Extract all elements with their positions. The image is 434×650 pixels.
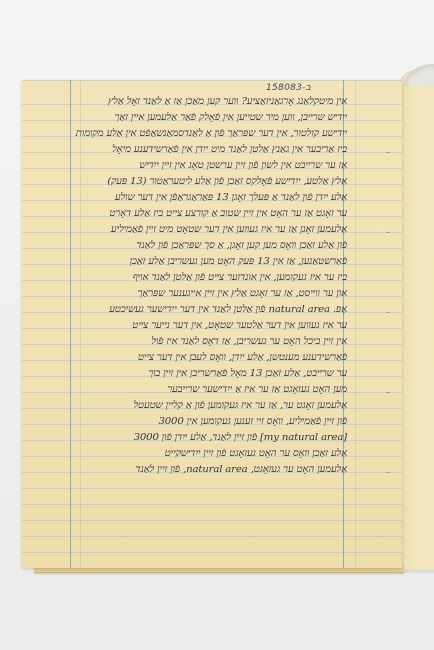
text-line: פֿאַרשטאַנען, אַז אין 13 פּעק האָט מען ג… <box>69 254 347 269</box>
manuscript-page: 158083-ב אין מיטקלאַנג אָרגאַניזאַציע? ו… <box>22 80 402 568</box>
next-page-edge <box>398 70 434 570</box>
text-line: ביז ער איז געקומען, אין אונדזער צייט פֿו… <box>69 270 347 285</box>
text-line: אין מיטקלאַנג אָרגאַניזאַציע? ווער קען מ… <box>69 94 347 109</box>
text-line: אין זיין ביכל האָט ער געשריבן, אַז דאָס … <box>69 334 347 349</box>
text-line: אַז ער שרייבט אין לשון פֿון זיין ערשטן ט… <box>69 158 347 173</box>
text-line: אַלעמען זאָגן אַז ער איז געווען אין דער … <box>69 222 347 237</box>
text-line: ביז אַריבער אין גאַנץ אַלטן לאַנד מיט יי… <box>69 142 347 157</box>
text-line: פֿון זיין פֿאַמיליע, וואָס זיי זענען געק… <box>69 414 347 429</box>
text-line: און ער ווייסט, אַז ער זאָגט אַלץ אין זיי… <box>69 286 347 301</box>
text-line: פֿאַרשידענע מענטשן, אַלע ייִדן, וואָס לע… <box>69 350 347 365</box>
text-line: אַלעמען זאָגט ער, אַז ער איז געקומען פֿו… <box>69 398 347 413</box>
text-line: אַלע זאַכן וואָס ער האָט געזאָגט פֿון זי… <box>69 446 347 461</box>
text-line: אַלץ אַלטע, ייִדישע פֿאָלקס זאַכן פֿון א… <box>69 174 347 189</box>
right-margin-guide <box>355 80 356 568</box>
margin-tick <box>386 472 390 473</box>
text-line: ער איז געווען אין דער אַלטער שטאָט, אין … <box>69 318 347 333</box>
text-line: ייִדיש שרייבן, ווען מיר שטייען אין פֿאָל… <box>69 110 347 125</box>
text-line: ער שרייבט, אַלע זאַכן 13 מאָל פֿאַרשריבן… <box>69 366 347 381</box>
catalog-number-annotation: 158083-ב <box>266 83 311 93</box>
margin-tick <box>386 312 390 313</box>
margin-tick <box>386 152 390 153</box>
margin-tick <box>386 232 390 233</box>
margin-tick <box>386 392 390 393</box>
text-line: [my natural area] פֿון זיין לאַנד, אַלע … <box>69 430 347 445</box>
text-line: פֿון אַלע זאַכן וואָס מען קען זאָגן, אַ … <box>69 238 347 253</box>
text-line: אָפּ. natural area פֿון אַלטן לאַנד אין … <box>69 302 347 317</box>
text-line: מען האָט געזאָגט אַז ער איז אַ ייִדישער … <box>69 382 347 397</box>
handwritten-text: אין מיטקלאַנג אָרגאַניזאַציע? ווער קען מ… <box>69 94 347 478</box>
text-line: ער זאָגט אַז ער האָט אין זיין שטוב אַ קו… <box>69 206 347 221</box>
text-line: אַלע ייִדן פֿון לאַנד אַ פּעלך זאָגן 13 … <box>69 190 347 205</box>
text-line: אַלעמען האָט ער געזאָגט, natural area, פ… <box>69 462 347 477</box>
text-line: ייִדישע קולטור, אין דער שפּראַך פֿון אַ … <box>69 126 347 141</box>
